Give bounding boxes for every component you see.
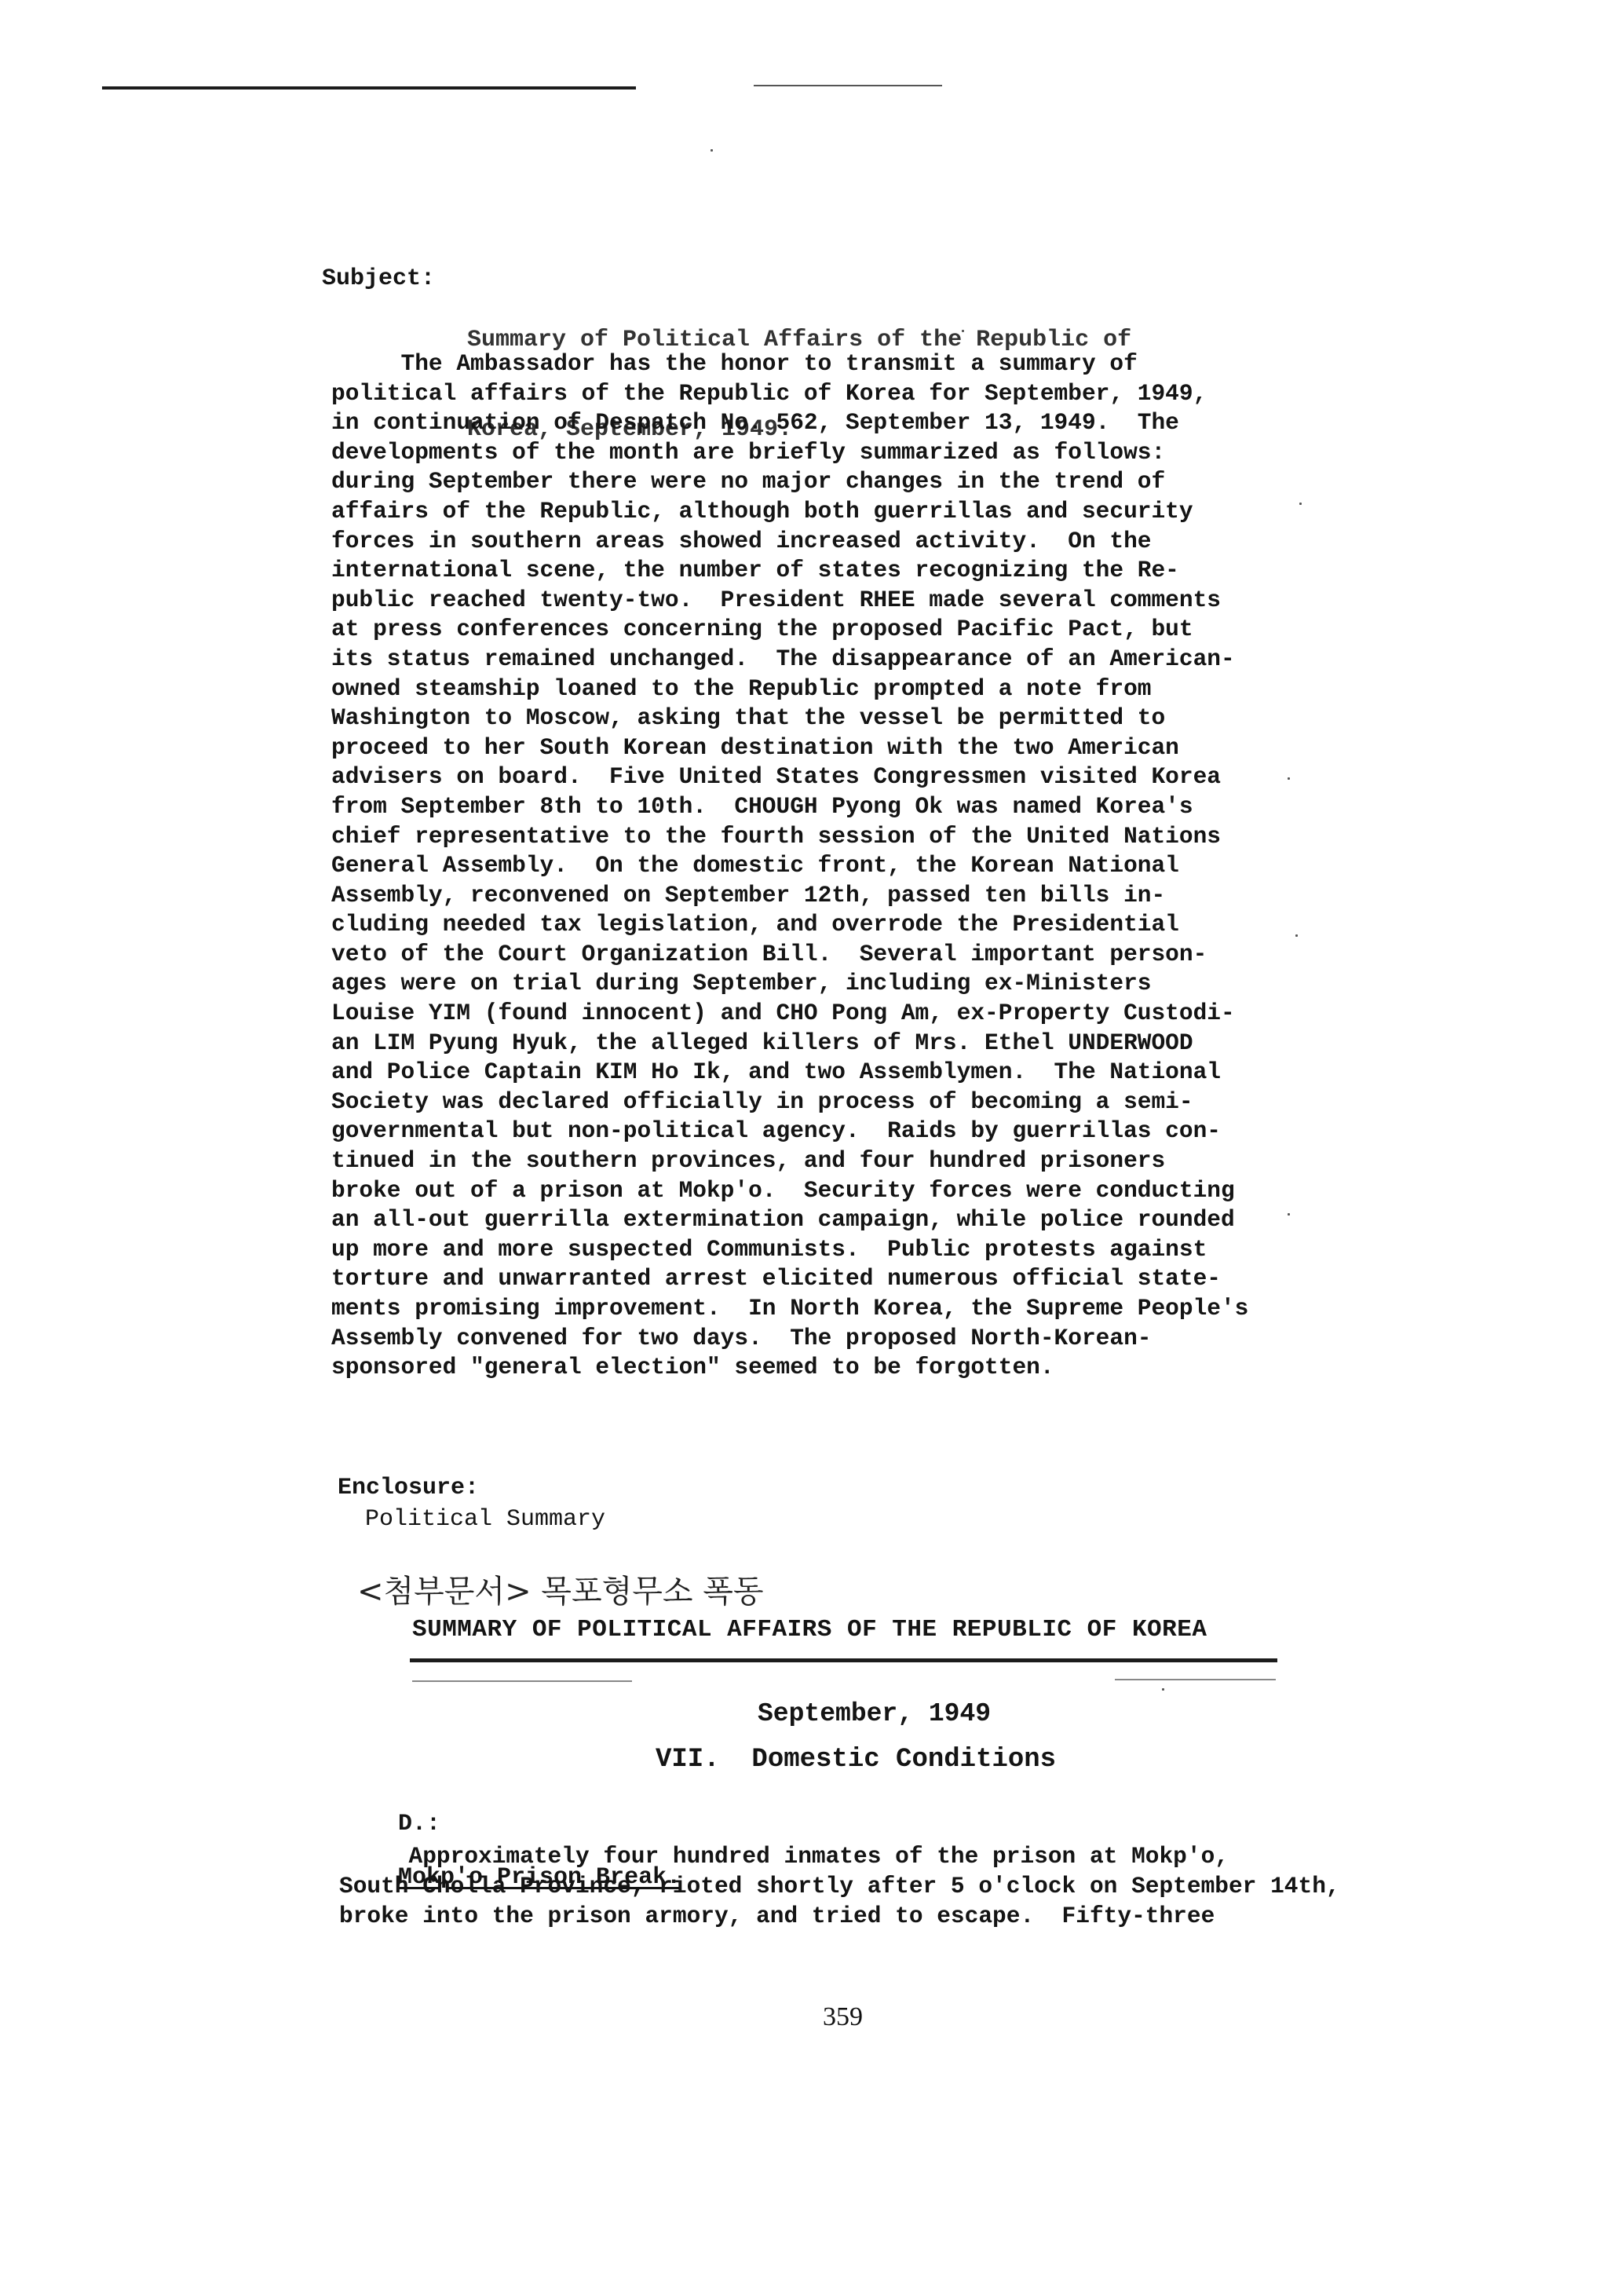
- scan-speck: [1162, 1688, 1164, 1691]
- subsection-line: South Cholla Province, rioted shortly af…: [339, 1871, 1340, 1901]
- subsection-line: broke into the prison armory, and tried …: [339, 1901, 1340, 1931]
- enclosure-label: Enclosure:: [338, 1475, 479, 1501]
- body-line: political affairs of the Republic of Kor…: [331, 379, 1248, 409]
- korean-annotation-title: <첨부문서> 목포형무소 폭동: [357, 1567, 764, 1611]
- subsection-prefix: D.:: [398, 1811, 440, 1837]
- scan-speck: [962, 330, 964, 332]
- body-line: an all-out guerrilla extermination campa…: [331, 1205, 1248, 1235]
- body-line: advisers on board. Five United States Co…: [331, 762, 1248, 792]
- body-line: The Ambassador has the honor to transmit…: [331, 349, 1248, 379]
- page-number: 359: [823, 2002, 863, 2032]
- scan-speck: [1299, 503, 1302, 505]
- body-line: ments promising improvement. In North Ko…: [331, 1294, 1248, 1324]
- body-line: Assembly, reconvened on September 12th, …: [331, 881, 1248, 911]
- body-line: at press conferences concerning the prop…: [331, 615, 1248, 645]
- scan-speck: [1295, 934, 1298, 937]
- subsection-line: Approximately four hundred inmates of th…: [339, 1841, 1340, 1871]
- body-line: tinued in the southern provinces, and fo…: [331, 1146, 1248, 1176]
- body-line: in continuation of Despatch No. 562, Sep…: [331, 408, 1248, 438]
- body-line: veto of the Court Organization Bill. Sev…: [331, 940, 1248, 970]
- body-line: up more and more suspected Communists. P…: [331, 1235, 1248, 1265]
- body-line: owned steamship loaned to the Republic p…: [331, 675, 1248, 704]
- body-line: international scene, the number of state…: [331, 556, 1248, 586]
- enclosure-item: Political Summary: [365, 1506, 605, 1533]
- top-rule-left: [102, 86, 636, 90]
- body-line: from September 8th to 10th. CHOUGH Pyong…: [331, 792, 1248, 822]
- subsection-paragraph: Approximately four hundred inmates of th…: [339, 1841, 1340, 1931]
- scan-speck: [711, 149, 713, 152]
- body-line: Louise YIM (found innocent) and CHO Pong…: [331, 999, 1248, 1029]
- body-line: its status remained unchanged. The disap…: [331, 645, 1248, 675]
- heading-underline: [410, 1658, 1277, 1662]
- body-line: torture and unwarranted arrest elicited …: [331, 1264, 1248, 1294]
- body-line: an LIM Pyung Hyuk, the alleged killers o…: [331, 1029, 1248, 1058]
- scanned-document-page: Subject: Summary of Political Affairs of…: [0, 0, 1622, 2296]
- body-line: public reached twenty-two. President RHE…: [331, 586, 1248, 616]
- top-rule-right: [754, 85, 942, 86]
- section-heading: VII. Domestic Conditions: [656, 1745, 1056, 1775]
- faint-rule-right: [1115, 1679, 1276, 1680]
- body-line: cluding needed tax legislation, and over…: [331, 910, 1248, 940]
- body-line: developments of the month are briefly su…: [331, 438, 1248, 468]
- body-line: during September there were no major cha…: [331, 467, 1248, 497]
- summary-heading: SUMMARY OF POLITICAL AFFAIRS OF THE REPU…: [412, 1616, 1207, 1643]
- scan-speck: [1288, 777, 1290, 780]
- body-line: Assembly convened for two days. The prop…: [331, 1324, 1248, 1354]
- body-line: affairs of the Republic, although both g…: [331, 497, 1248, 527]
- body-line: Washington to Moscow, asking that the ve…: [331, 704, 1248, 733]
- body-line: chief representative to the fourth sessi…: [331, 822, 1248, 852]
- body-line: sponsored "general election" seemed to b…: [331, 1353, 1248, 1383]
- body-line: forces in southern areas showed increase…: [331, 527, 1248, 557]
- body-line: proceed to her South Korean destination …: [331, 733, 1248, 763]
- subject-label: Subject:: [322, 265, 435, 292]
- body-paragraph: The Ambassador has the honor to transmit…: [331, 349, 1248, 1383]
- body-line: broke out of a prison at Mokp'o. Securit…: [331, 1176, 1248, 1206]
- body-line: and Police Captain KIM Ho Ik, and two As…: [331, 1058, 1248, 1088]
- body-line: Society was declared officially in proce…: [331, 1088, 1248, 1117]
- body-line: General Assembly. On the domestic front,…: [331, 851, 1248, 881]
- faint-rule-left: [412, 1680, 632, 1682]
- body-line: governmental but non-political agency. R…: [331, 1117, 1248, 1146]
- summary-date: September, 1949: [758, 1699, 991, 1728]
- scan-speck: [1288, 1213, 1290, 1216]
- body-line: ages were on trial during September, inc…: [331, 969, 1248, 999]
